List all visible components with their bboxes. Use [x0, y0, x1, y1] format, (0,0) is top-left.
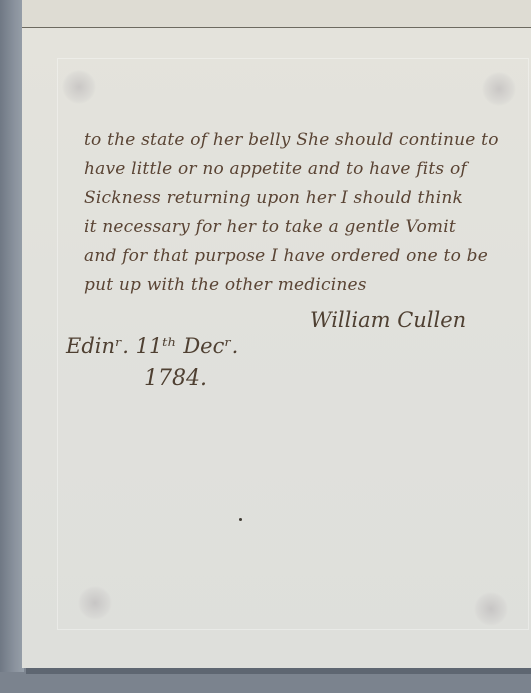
backdrop-bottom	[0, 672, 531, 693]
page-top-edge	[22, 0, 531, 28]
hinge-mark-bottom-left	[78, 586, 112, 620]
letter-line: have little or no appetite and to have f…	[84, 155, 484, 184]
letter-body: to the state of her belly She should con…	[84, 126, 484, 300]
hinge-mark-bottom-right	[474, 592, 508, 626]
hinge-mark-top-right	[482, 72, 516, 106]
letter-line: to the state of her belly She should con…	[84, 126, 484, 155]
backdrop-left	[0, 0, 24, 693]
letter-line: put up with the other medicines	[84, 271, 484, 300]
letter-line: Sickness returning upon her I should thi…	[84, 184, 484, 213]
signature: William Cullen	[310, 308, 466, 332]
letter-line: it necessary for her to take a gentle Vo…	[84, 213, 484, 242]
hinge-mark-top-left	[62, 70, 96, 104]
ink-spot	[239, 518, 242, 521]
place-date: Edinʳ. 11ᵗʰ Decʳ.	[66, 334, 238, 358]
year: 1784.	[144, 366, 207, 391]
letter-line: and for that purpose I have ordered one …	[84, 242, 484, 271]
